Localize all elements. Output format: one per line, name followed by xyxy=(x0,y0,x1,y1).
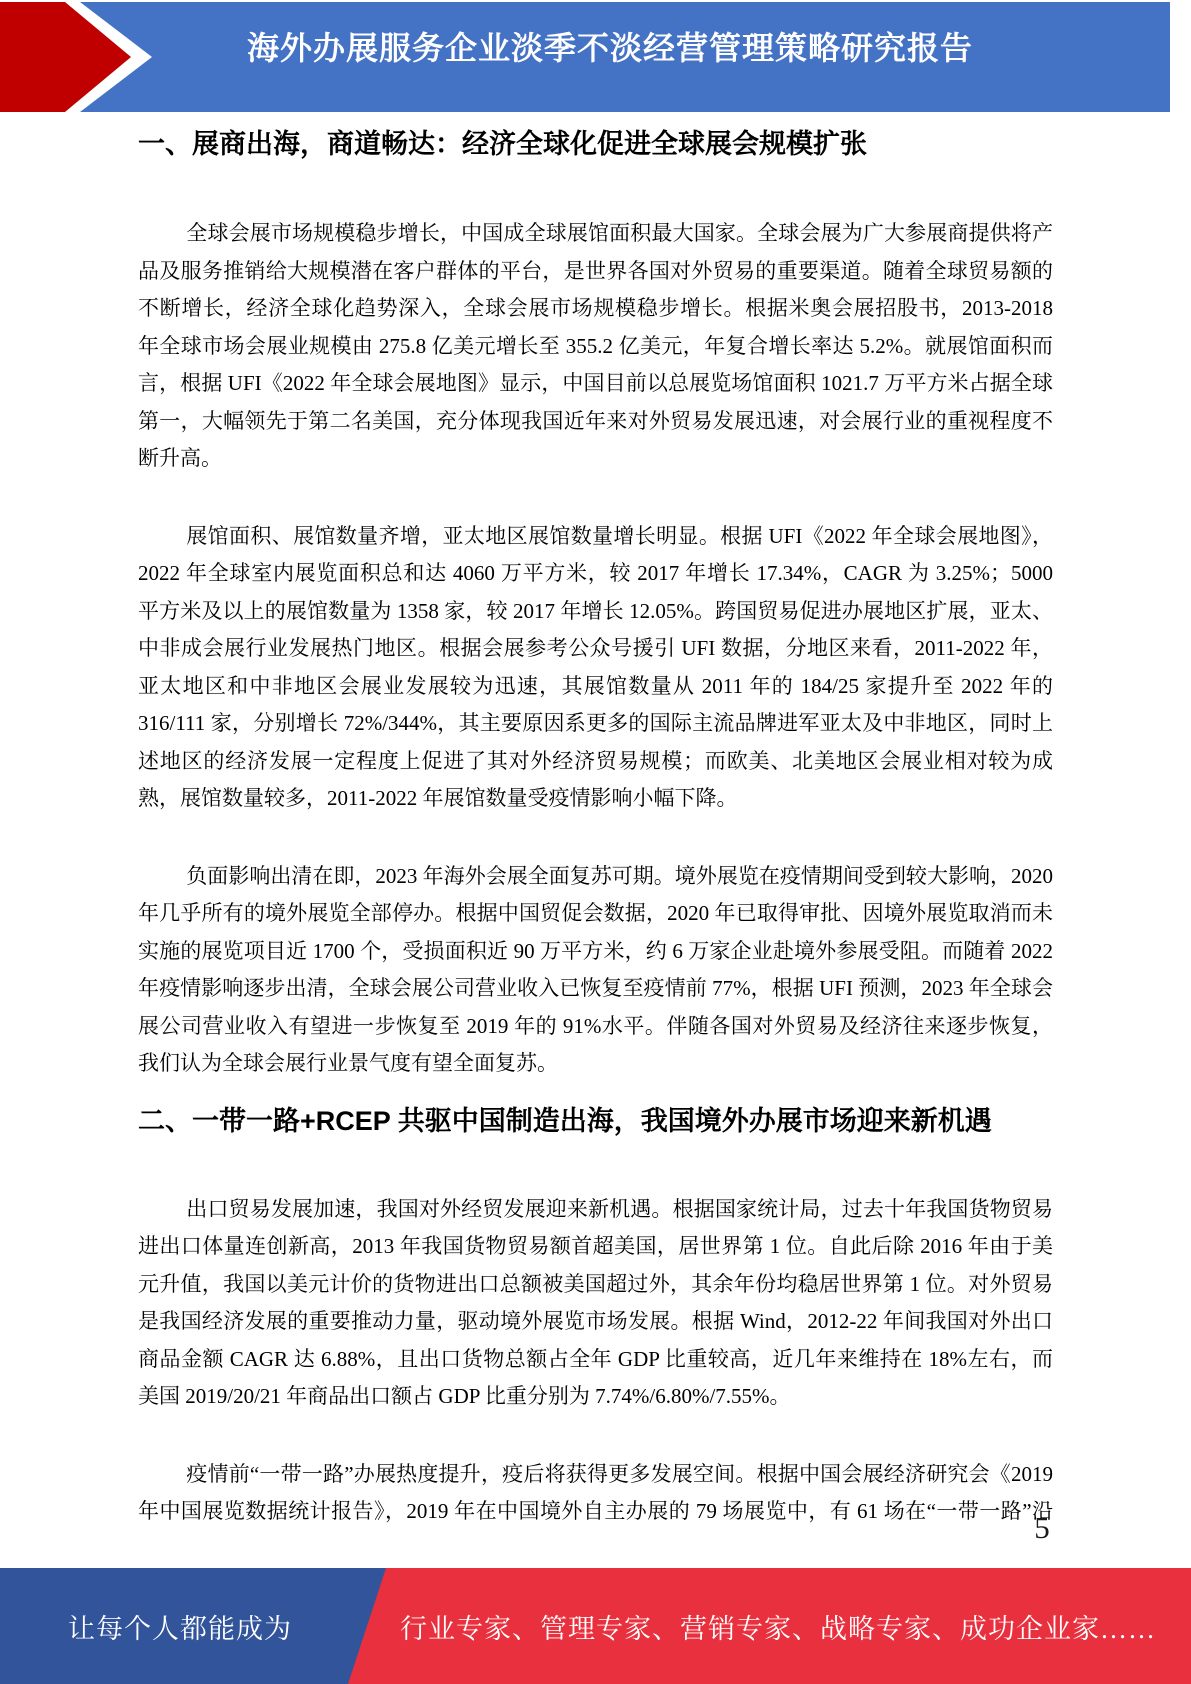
section-heading-2: 二、一带一路+RCEP 共驱中国制造出海，我国境外办展市场迎来新机遇 xyxy=(138,1103,1053,1139)
paragraph: 出口贸易发展加速，我国对外经贸发展迎来新机遇。根据国家统计局，过去十年我国货物贸… xyxy=(138,1191,1053,1416)
report-body: 一、展商出海，商道畅达：经济全球化促进全球展会规模扩张 全球会展市场规模稳步增长… xyxy=(138,0,1053,1531)
paragraph: 展馆面积、展馆数量齐增，亚太地区展馆数量增长明显。根据 UFI《2022 年全球… xyxy=(138,518,1053,818)
paragraph: 负面影响出清在即，2023 年海外会展全面复苏可期。境外展览在疫情期间受到较大影… xyxy=(138,858,1053,1083)
document-page: 海外办展服务企业淡季不淡经营管理策略研究报告 一、展商出海，商道畅达：经济全球化… xyxy=(0,0,1191,1684)
paragraph-cutoff: 疫情前“一带一路”办展热度提升，疫后将获得更多发展空间。根据中国会展经济研究会《… xyxy=(138,1456,1053,1531)
footer-slogan-right: 行业专家、管理专家、营销专家、战略专家、成功企业家…… xyxy=(400,1568,1191,1684)
page-number: 5 xyxy=(1012,1510,1072,1546)
footer-banner: 让每个人都能成为 行业专家、管理专家、营销专家、战略专家、成功企业家…… xyxy=(0,1568,1191,1684)
footer-slogan-left: 让每个人都能成为 xyxy=(0,1568,360,1684)
paragraph: 全球会展市场规模稳步增长，中国成全球展馆面积最大国家。全球会展为广大参展商提供将… xyxy=(138,215,1053,478)
section-heading-1: 一、展商出海，商道畅达：经济全球化促进全球展会规模扩张 xyxy=(138,126,1053,162)
